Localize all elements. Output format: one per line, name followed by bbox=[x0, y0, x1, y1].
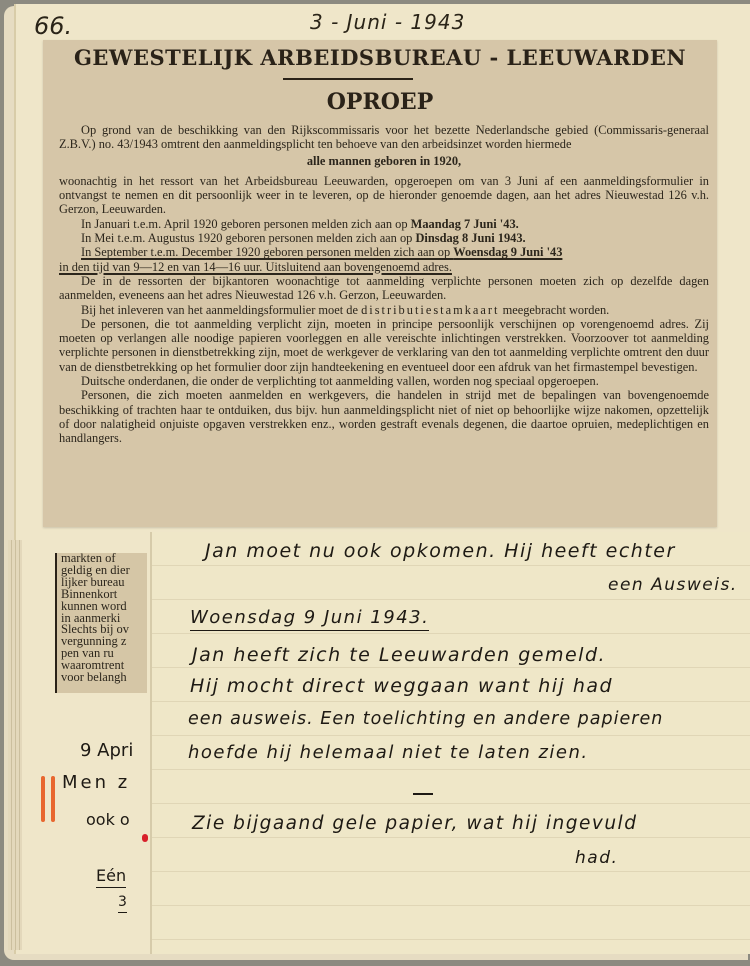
handwritten-line: een Ausweis. bbox=[608, 575, 738, 595]
underlying-page-text: 9 Apri bbox=[80, 740, 133, 761]
title-divider bbox=[283, 78, 413, 80]
card-paragraph: Bij het inleveren van het aanmeldingsfor… bbox=[59, 303, 709, 317]
schedule-row-underlined: In September t.e.m. December 1920 gebore… bbox=[59, 245, 709, 259]
personal-paragraph: De personen, die tot aanmelding verplich… bbox=[59, 317, 709, 374]
newspaper-clipping: GEWESTELIJK ARBEIDSBUREAU - LEEUWARDEN O… bbox=[43, 40, 717, 527]
schedule-row: In Mei t.e.m. Augustus 1920 geboren pers… bbox=[59, 231, 709, 245]
underlying-page-text: 3 bbox=[118, 894, 127, 913]
penalty-paragraph: Personen, die zich moeten aanmelden en w… bbox=[59, 388, 709, 445]
handwritten-separator bbox=[413, 793, 433, 795]
page-number: 66. bbox=[34, 12, 72, 40]
subject-line: alle mannen geboren in 1920, bbox=[59, 154, 709, 168]
handwritten-line: had. bbox=[575, 848, 618, 868]
handwritten-date-heading: Woensdag 9 Juni 1943. bbox=[190, 607, 429, 631]
underlying-page-text: ook o bbox=[86, 810, 130, 829]
clipping-body: Op grond van de beschikking van den Rijk… bbox=[59, 123, 709, 446]
small-newspaper-fragment: markten of geldig en dier lijker bureau … bbox=[55, 553, 147, 693]
handwritten-line: een ausweis. Een toelichting en andere p… bbox=[188, 709, 663, 729]
branches-paragraph: De in de ressorten der bijkantoren woona… bbox=[59, 274, 709, 303]
handwritten-line: Jan moet nu ook opkomen. Hij heeft echte… bbox=[205, 540, 676, 562]
clipping-title: GEWESTELIJK ARBEIDSBUREAU - LEEUWARDEN bbox=[43, 45, 717, 70]
handwritten-line: hoefde hij helemaal niet te laten zien. bbox=[188, 742, 589, 763]
stacked-page-edges bbox=[8, 540, 22, 950]
underlying-page-text: Men z bbox=[62, 772, 130, 793]
schedule-row: In Januari t.e.m. April 1920 geboren per… bbox=[59, 217, 709, 231]
german-paragraph: Duitsche onderdanen, die onder de verpli… bbox=[59, 374, 709, 388]
handwritten-date: 3 - Juni - 1943 bbox=[310, 10, 465, 34]
hours-line: in den tijd van 9—12 en van 14—16 uur. U… bbox=[59, 260, 709, 274]
intro-paragraph: Op grond van de beschikking van den Rijk… bbox=[59, 123, 709, 152]
red-pencil-mark bbox=[51, 776, 55, 822]
handwritten-line: Hij mocht direct weggaan want hij had bbox=[190, 675, 613, 697]
clipping-heading: OPROEP bbox=[43, 89, 717, 115]
red-pencil-mark bbox=[41, 776, 45, 822]
red-ink-dot bbox=[142, 834, 148, 842]
underlying-page-text: Eén bbox=[96, 866, 126, 888]
handwritten-line: Zie bijgaand gele papier, wat hij ingevu… bbox=[192, 813, 637, 834]
residence-paragraph: woonachtig in het ressort van het Arbeid… bbox=[59, 174, 709, 217]
handwritten-line: Jan heeft zich te Leeuwarden gemeld. bbox=[192, 644, 606, 666]
